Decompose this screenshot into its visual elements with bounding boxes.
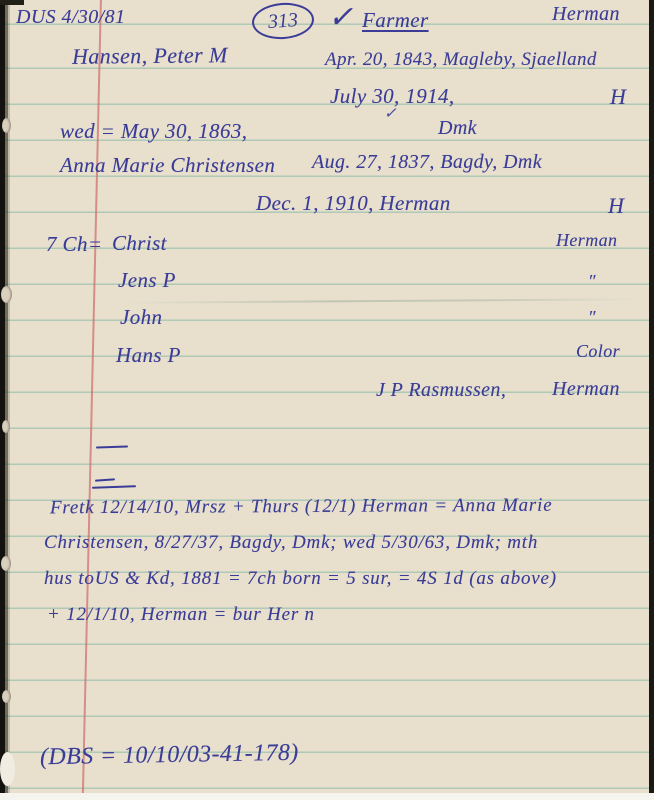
attribution-source: Herman	[552, 378, 620, 401]
child-name: John	[120, 305, 162, 330]
attribution-name: J P Rasmussen,	[376, 379, 506, 402]
scan-bottom-edge	[0, 793, 654, 800]
child-source: Herman	[556, 230, 617, 251]
separator-dash	[95, 478, 115, 481]
header-date-code: DUS 4/30/81	[16, 6, 125, 29]
marriage-date: wed = May 30, 1863,	[60, 119, 247, 144]
subject-birth: Apr. 20, 1843, Magleby, Sjaelland	[325, 49, 597, 71]
note-line: Fretk 12/14/10, Mrsz + Thurs (12/1) Herm…	[50, 495, 553, 520]
torn-edge-nub	[1, 286, 12, 303]
spouse-death-source: H	[608, 193, 624, 219]
scan-right-edge	[649, 0, 654, 800]
torn-edge-nub	[2, 420, 10, 433]
note-line: + 12/1/10, Herman = bur Her n	[47, 604, 315, 626]
torn-edge-nub	[1, 556, 11, 571]
spouse-birth: Aug. 27, 1837, Bagdy, Dmk	[312, 151, 542, 174]
child-source: Color	[576, 341, 620, 362]
separator-dash	[92, 485, 136, 489]
checkmark-icon: ✓	[328, 0, 354, 35]
subject-name: Hansen, Peter M	[72, 42, 228, 70]
page-number: 313	[267, 8, 299, 33]
child-name: Christ	[112, 231, 167, 256]
header-annotator-name: Herman	[552, 3, 620, 26]
child-name: Hans P	[116, 343, 181, 368]
spouse-death: Dec. 1, 1910, Herman	[256, 191, 451, 216]
child-name: Jens P	[118, 268, 176, 293]
child-source: ″	[588, 307, 596, 328]
spouse-name: Anna Marie Christensen	[60, 153, 275, 178]
note-line: Christensen, 8/27/37, Bagdy, Dmk; wed 5/…	[44, 532, 538, 554]
scan-top-left-corner	[0, 0, 24, 5]
paper-crease	[120, 298, 640, 304]
torn-edge-nub	[2, 690, 11, 703]
marriage-place: Dmk	[438, 117, 477, 140]
record-page-scan: DUS 4/30/81 313 ✓ Farmer Herman Hansen, …	[0, 0, 654, 800]
note-line: hus toUS & Kd, 1881 = 7ch born = 5 sur, …	[44, 568, 557, 590]
occupation-label: Farmer	[362, 8, 429, 33]
child-source: ″	[588, 271, 596, 292]
separator-dash	[96, 445, 128, 448]
subject-death-source: H	[610, 84, 626, 110]
footer-reference: (DBS = 10/10/03-41-178)	[40, 740, 299, 772]
page-number-circle: 313	[251, 1, 315, 41]
torn-bottom-left	[0, 752, 15, 786]
torn-edge-nub	[2, 118, 11, 133]
stray-checkmark-icon: ✓	[384, 104, 397, 123]
children-count-label: 7 Ch=	[46, 232, 102, 257]
